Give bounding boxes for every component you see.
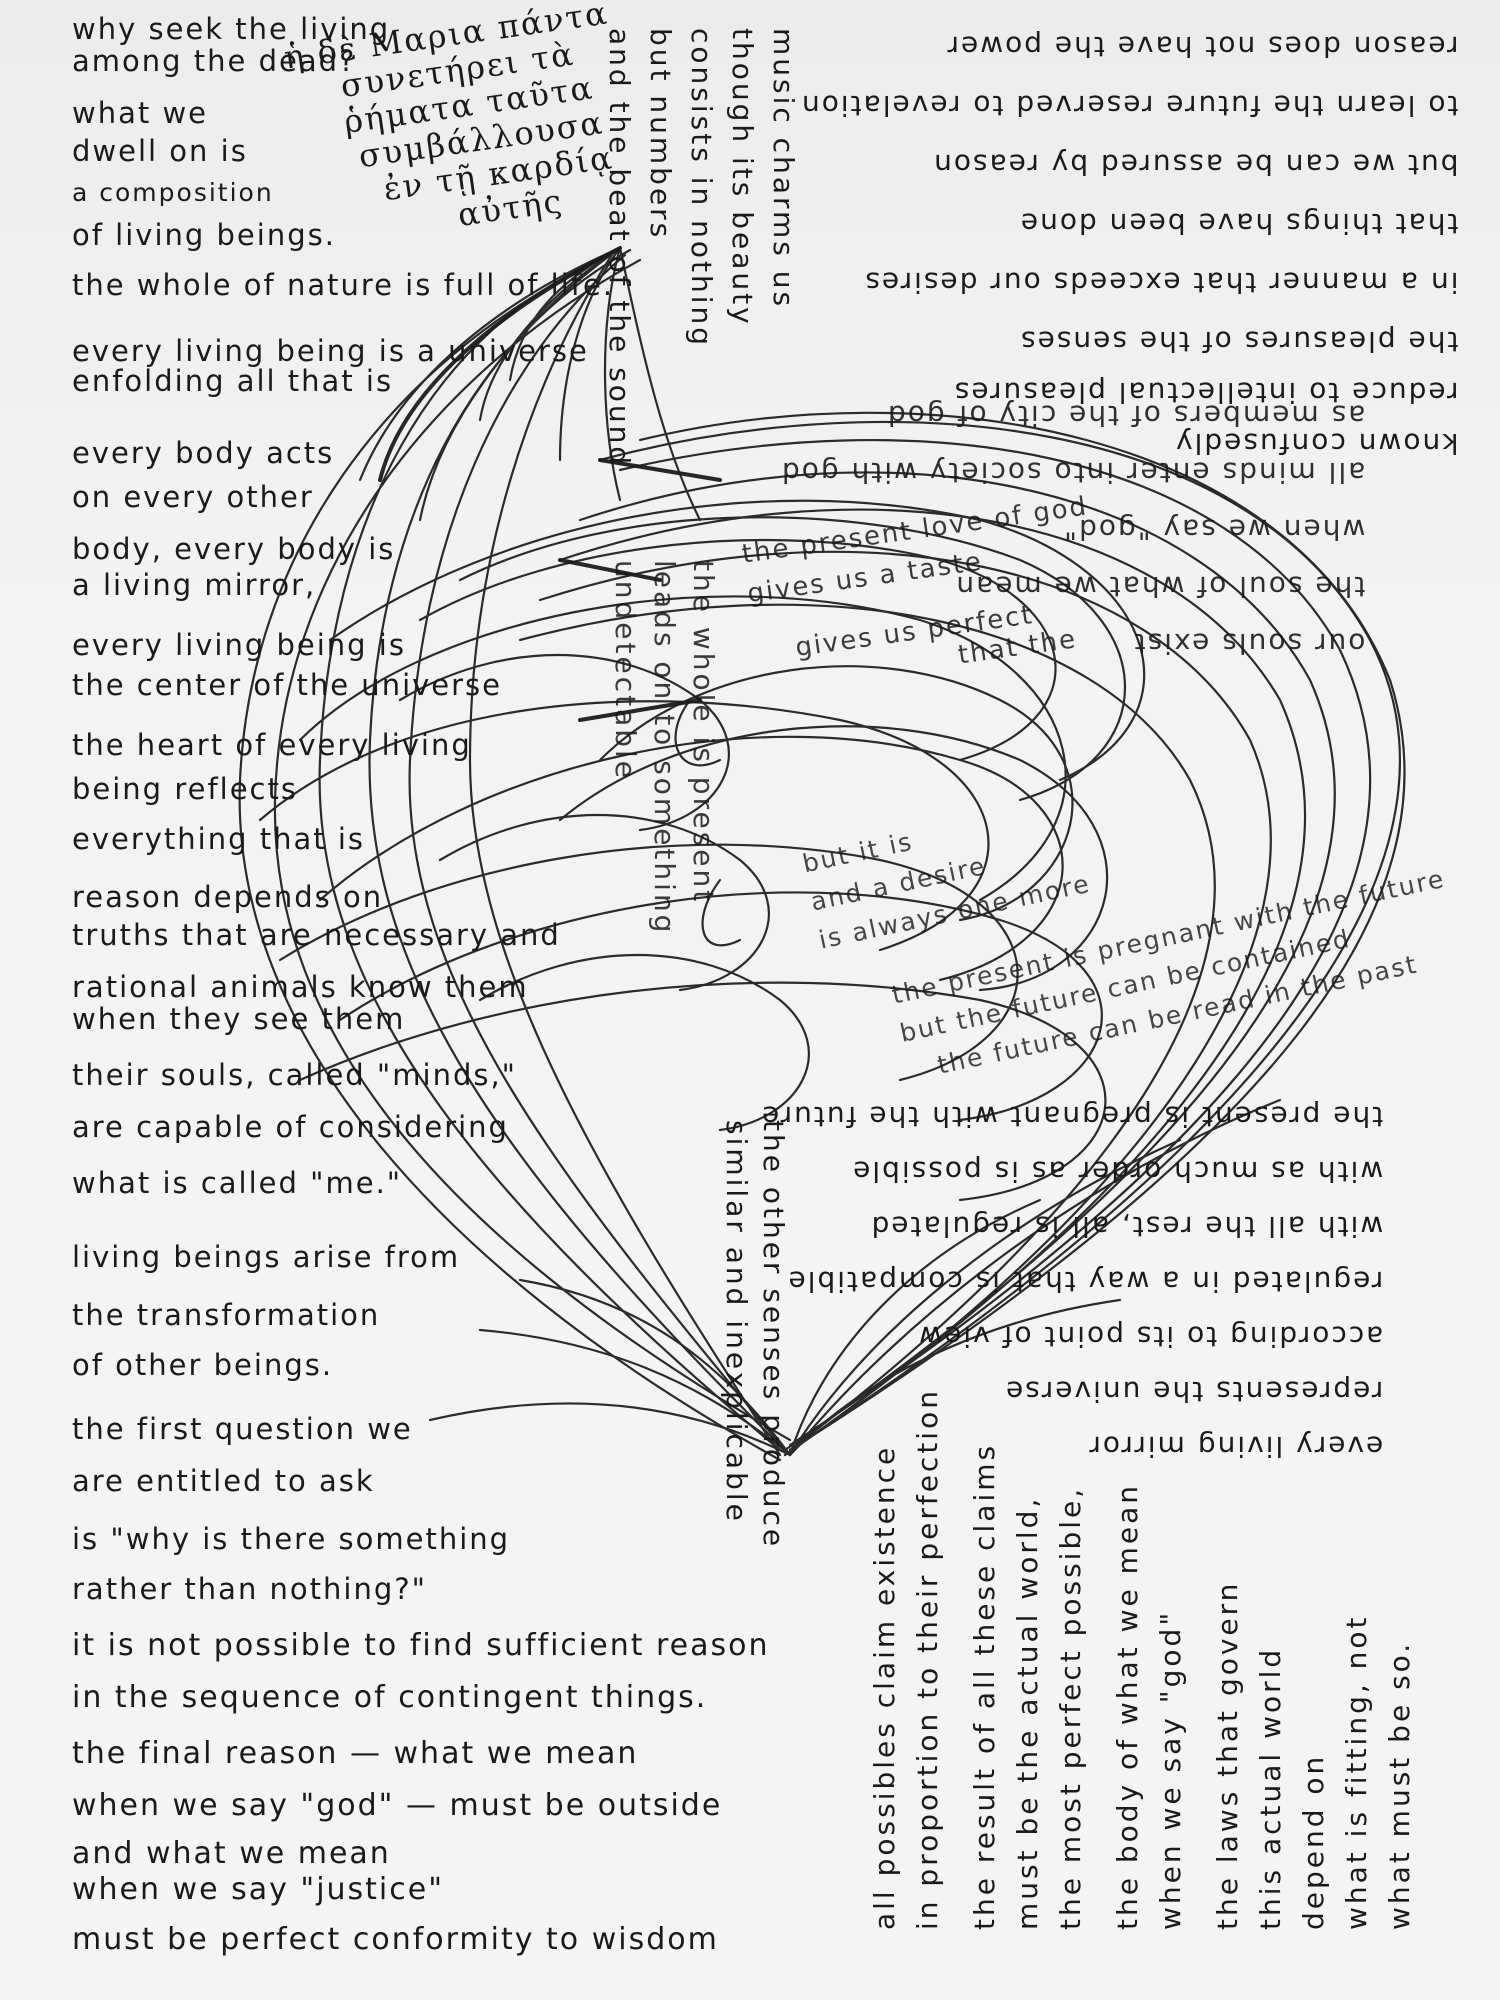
vertical-music-text: music charms us though its beauty consis… xyxy=(603,28,800,467)
upside-down-line: with as much order as is possible xyxy=(760,1155,1383,1188)
vertical-center-text: the other senses produce similar and ine… xyxy=(720,1120,790,1549)
upside-down-line: in a manner that exceeds our desires xyxy=(800,266,1458,299)
text-line: when we say "god" — must be outside xyxy=(72,1788,722,1823)
text-line: the center of the universe xyxy=(72,668,502,702)
vertical-line: what must be so. xyxy=(1383,1388,1416,1930)
text-line: what we xyxy=(72,96,208,130)
text-line: every living being is a universe xyxy=(72,334,589,368)
upside-down-line: that things have been done xyxy=(800,207,1458,240)
vertical-center-text-upper: the whole is present leads on to somethi… xyxy=(609,560,720,935)
upside-down-line: as members of the city of god xyxy=(780,399,1365,432)
vertical-line: similar and inexplicable xyxy=(720,1120,753,1549)
text-line: on every other xyxy=(72,480,314,514)
greek-text-block: ἡ δὲ Μαρια πάντα συνετήρει τὰ ῥήματα ταῦ… xyxy=(282,0,636,254)
vertical-line: must be the actual world, xyxy=(1011,1388,1044,1930)
text-line: being reflects xyxy=(72,772,298,806)
upside-down-line: but we can be assured by reason xyxy=(800,148,1458,181)
text-line: dwell on is xyxy=(72,134,248,168)
text-line: reason depends on xyxy=(72,880,383,914)
upside-down-line: regulated in a way that is compatible xyxy=(760,1265,1383,1298)
vertical-line: what is fitting, not xyxy=(1340,1388,1373,1930)
vertical-line: all possibles claim existence xyxy=(868,1388,901,1930)
vertical-line: the most perfect possible, xyxy=(1054,1388,1087,1930)
text-line: in the sequence of contingent things. xyxy=(72,1680,707,1715)
text-line: the transformation xyxy=(72,1298,380,1332)
vertical-line: the laws that govern xyxy=(1211,1388,1244,1930)
text-line: every body acts xyxy=(72,436,334,470)
vertical-line: consists in nothing xyxy=(685,28,718,467)
upside-down-line: according to its point of view xyxy=(760,1320,1383,1353)
upside-down-line: with all the rest, all is regulated xyxy=(760,1210,1383,1243)
text-line: of living beings. xyxy=(72,218,336,252)
text-line: rational animals know them xyxy=(72,970,529,1004)
upside-down-text-lower-right: every living mirror represents the unive… xyxy=(760,1100,1480,1400)
text-line: everything that is xyxy=(72,822,365,856)
text-line: when we say "justice" xyxy=(72,1872,444,1907)
text-line: every living being is xyxy=(72,628,406,662)
text-line: their souls, called "minds," xyxy=(72,1058,517,1092)
vertical-line: the body of what we mean xyxy=(1111,1388,1144,1930)
text-line: the final reason — what we mean xyxy=(72,1736,638,1771)
text-line: a composition xyxy=(72,178,274,207)
text-line: are entitled to ask xyxy=(72,1464,375,1498)
text-line: body, every body is xyxy=(72,532,395,566)
vertical-line: undetectable xyxy=(609,560,642,935)
upside-down-line: to learn the future reserved to revelati… xyxy=(800,89,1458,122)
text-line: of other beings. xyxy=(72,1348,333,1382)
text-line: it is not possible to find sufficient re… xyxy=(72,1628,770,1663)
text-line: the heart of every living xyxy=(72,728,472,762)
vertical-line: depend on xyxy=(1297,1388,1330,1930)
upside-down-line: the pleasures of the senses xyxy=(800,325,1458,358)
vertical-line: when we say "god" xyxy=(1154,1388,1187,1930)
vertical-text-bottom-right: all possibles claim existence in proport… xyxy=(868,1388,1416,1930)
vertical-line: in proportion to their perfection xyxy=(911,1388,944,1930)
text-line: when they see them xyxy=(72,1002,405,1036)
text-line: are capable of considering xyxy=(72,1110,509,1144)
vertical-line: though its beauty xyxy=(726,28,759,467)
text-line: enfolding all that is xyxy=(72,364,393,398)
text-line: the first question we xyxy=(72,1412,413,1446)
text-line: rather than nothing?" xyxy=(72,1572,427,1606)
text-line: what is called "me." xyxy=(72,1166,402,1200)
vertical-line: and the beat of the sound xyxy=(603,28,636,467)
text-line: is "why is there something xyxy=(72,1522,510,1556)
text-line: truths that are necessary and xyxy=(72,918,561,952)
text-line: and what we mean xyxy=(72,1836,391,1871)
upside-down-line: all minds enter into society with god xyxy=(780,456,1365,489)
upside-down-line: the present is pregnant with the future xyxy=(760,1100,1383,1133)
vertical-line: the result of all these claims xyxy=(968,1388,1001,1930)
text-line: a living mirror, xyxy=(72,568,316,602)
vertical-line: the whole is present xyxy=(687,560,720,935)
upside-down-line: reason does not have the power xyxy=(800,30,1458,63)
vertical-line: the other senses produce xyxy=(757,1120,790,1549)
vertical-line: this actual world xyxy=(1254,1388,1287,1930)
text-line: living beings arise from xyxy=(72,1240,460,1274)
vertical-line: leads on to something xyxy=(648,560,681,935)
text-line: the whole of nature is full of life. xyxy=(72,268,614,302)
text-line: must be perfect conformity to wisdom xyxy=(72,1922,719,1957)
vertical-line: but numbers xyxy=(644,28,677,467)
